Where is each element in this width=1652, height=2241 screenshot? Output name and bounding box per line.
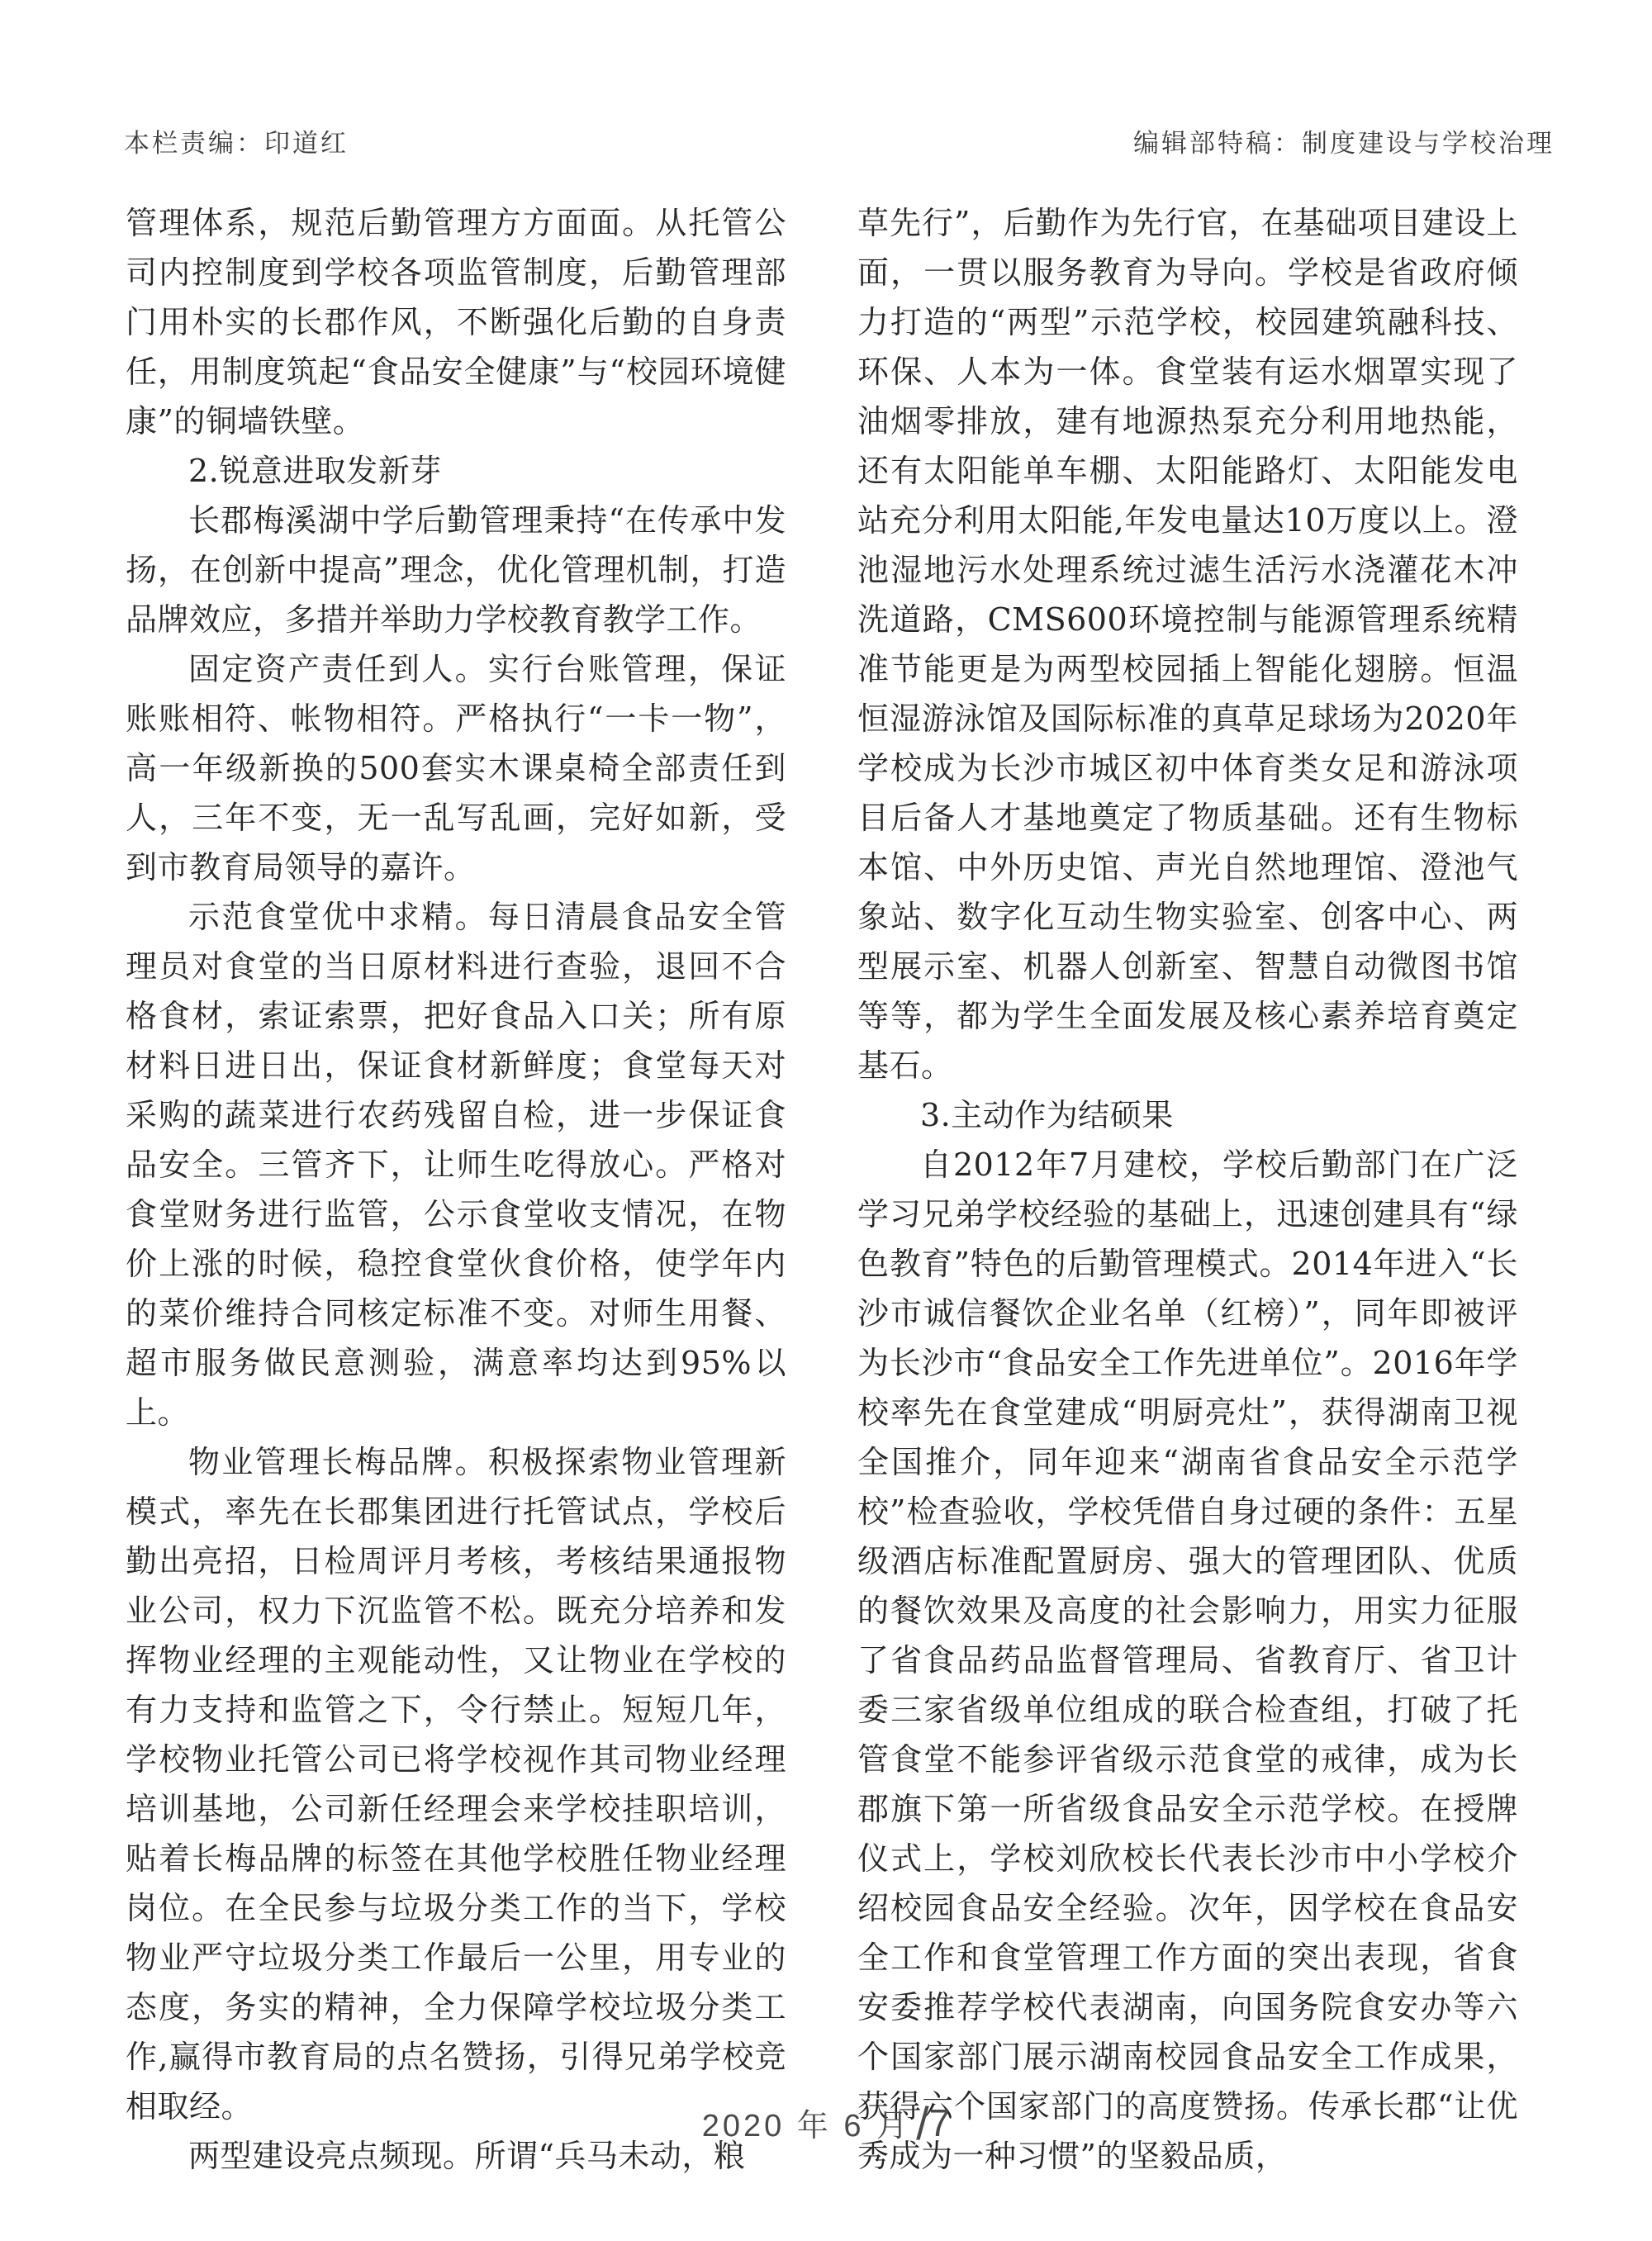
magazine-page: 本栏责编：印道红 编辑部特稿：制度建设与学校治理 管理体系，规范后勤管理方方面面… <box>0 0 1652 2241</box>
right-column: 草先行”，后勤作为先行官，在基础项目建设上面，一贯以服务教育为导向。学校是省政府… <box>857 198 1518 2181</box>
page-number: 7 <box>929 2101 951 2144</box>
section-heading-2: 2.锐意进取发新芽 <box>126 446 786 496</box>
paragraph: 示范食堂优中求精。每日清晨食品安全管理员对食堂的当日原材料进行查验，退回不合格食… <box>126 892 786 1437</box>
paragraph-continuation: 管理体系，规范后勤管理方方面面。从托管公司内控制度到学校各项监管制度，后勤管理部… <box>126 198 786 446</box>
footer-date: 2020 年 6 月 <box>702 2109 911 2144</box>
page-footer: 2020 年 6 月/7 <box>0 2096 1652 2150</box>
footer-slash: / <box>911 2097 929 2149</box>
paragraph: 长郡梅溪湖中学后勤管理秉持“在传承中发扬，在创新中提高”理念，优化管理机制，打造… <box>126 496 786 644</box>
paragraph: 自2012年7月建校，学校后勤部门在广泛学习兄弟学校经验的基础上，迅速创建具有“… <box>857 1140 1518 2181</box>
column-editor-credit: 本栏责编：印道红 <box>124 122 349 159</box>
paragraph: 物业管理长梅品牌。积极探索物业管理新模式，率先在长郡集团进行托管试点，学校后勤出… <box>126 1437 786 2131</box>
paragraph-continuation: 草先行”，后勤作为先行官，在基础项目建设上面，一贯以服务教育为导向。学校是省政府… <box>857 198 1518 1090</box>
section-title: 编辑部特稿：制度建设与学校治理 <box>1133 122 1555 159</box>
left-column: 管理体系，规范后勤管理方方面面。从托管公司内控制度到学校各项监管制度，后勤管理部… <box>126 198 786 2181</box>
section-heading-3: 3.主动作为结硕果 <box>857 1090 1518 1140</box>
article-body: 管理体系，规范后勤管理方方面面。从托管公司内控制度到学校各项监管制度，后勤管理部… <box>126 198 1518 2181</box>
page-header: 本栏责编：印道红 编辑部特稿：制度建设与学校治理 <box>124 122 1555 159</box>
paragraph: 固定资产责任到人。实行台账管理，保证账账相符、帐物相符。严格执行“一卡一物”，高… <box>126 644 786 892</box>
